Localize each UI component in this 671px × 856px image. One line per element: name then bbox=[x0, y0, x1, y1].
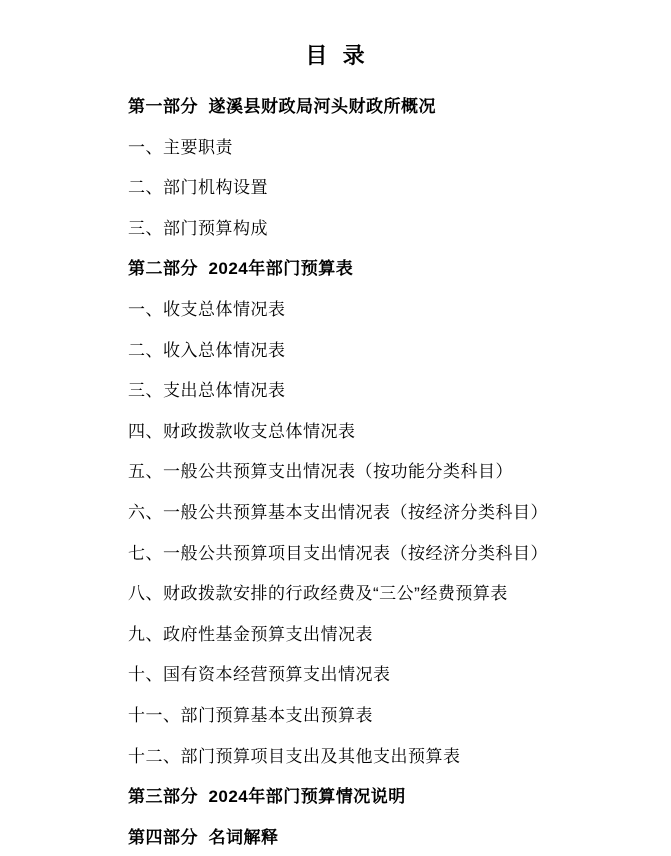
toc: 第一部分 遂溪县财政局河头财政所概况一、主要职责二、部门机构设置三、部门预算构成… bbox=[128, 87, 631, 856]
toc-item: 三、支出总体情况表 bbox=[128, 371, 631, 412]
toc-item: 三、部门预算构成 bbox=[128, 209, 631, 250]
toc-item: 七、一般公共预算项目支出情况表（按经济分类科目） bbox=[128, 534, 631, 575]
toc-part-heading: 第一部分 遂溪县财政局河头财政所概况 bbox=[128, 87, 631, 128]
toc-part-heading: 第二部分 2024年部门预算表 bbox=[128, 249, 631, 290]
document-page: 目 录 第一部分 遂溪县财政局河头财政所概况一、主要职责二、部门机构设置三、部门… bbox=[0, 0, 671, 856]
toc-item: 二、收入总体情况表 bbox=[128, 331, 631, 372]
toc-item: 一、主要职责 bbox=[128, 128, 631, 169]
toc-item: 十一、部门预算基本支出预算表 bbox=[128, 696, 631, 737]
toc-item: 九、政府性基金预算支出情况表 bbox=[128, 615, 631, 656]
toc-item: 八、财政拨款安排的行政经费及“三公”经费预算表 bbox=[128, 574, 631, 615]
toc-part-heading: 第四部分 名词解释 bbox=[128, 818, 631, 856]
toc-item: 十、国有资本经营预算支出情况表 bbox=[128, 655, 631, 696]
toc-item: 五、一般公共预算支出情况表（按功能分类科目） bbox=[128, 452, 631, 493]
toc-item: 二、部门机构设置 bbox=[128, 168, 631, 209]
toc-item: 十二、部门预算项目支出及其他支出预算表 bbox=[128, 737, 631, 778]
toc-item: 六、一般公共预算基本支出情况表（按经济分类科目） bbox=[128, 493, 631, 534]
page-title: 目 录 bbox=[0, 40, 671, 72]
toc-part-heading: 第三部分 2024年部门预算情况说明 bbox=[128, 777, 631, 818]
toc-item: 四、财政拨款收支总体情况表 bbox=[128, 412, 631, 453]
toc-item: 一、收支总体情况表 bbox=[128, 290, 631, 331]
